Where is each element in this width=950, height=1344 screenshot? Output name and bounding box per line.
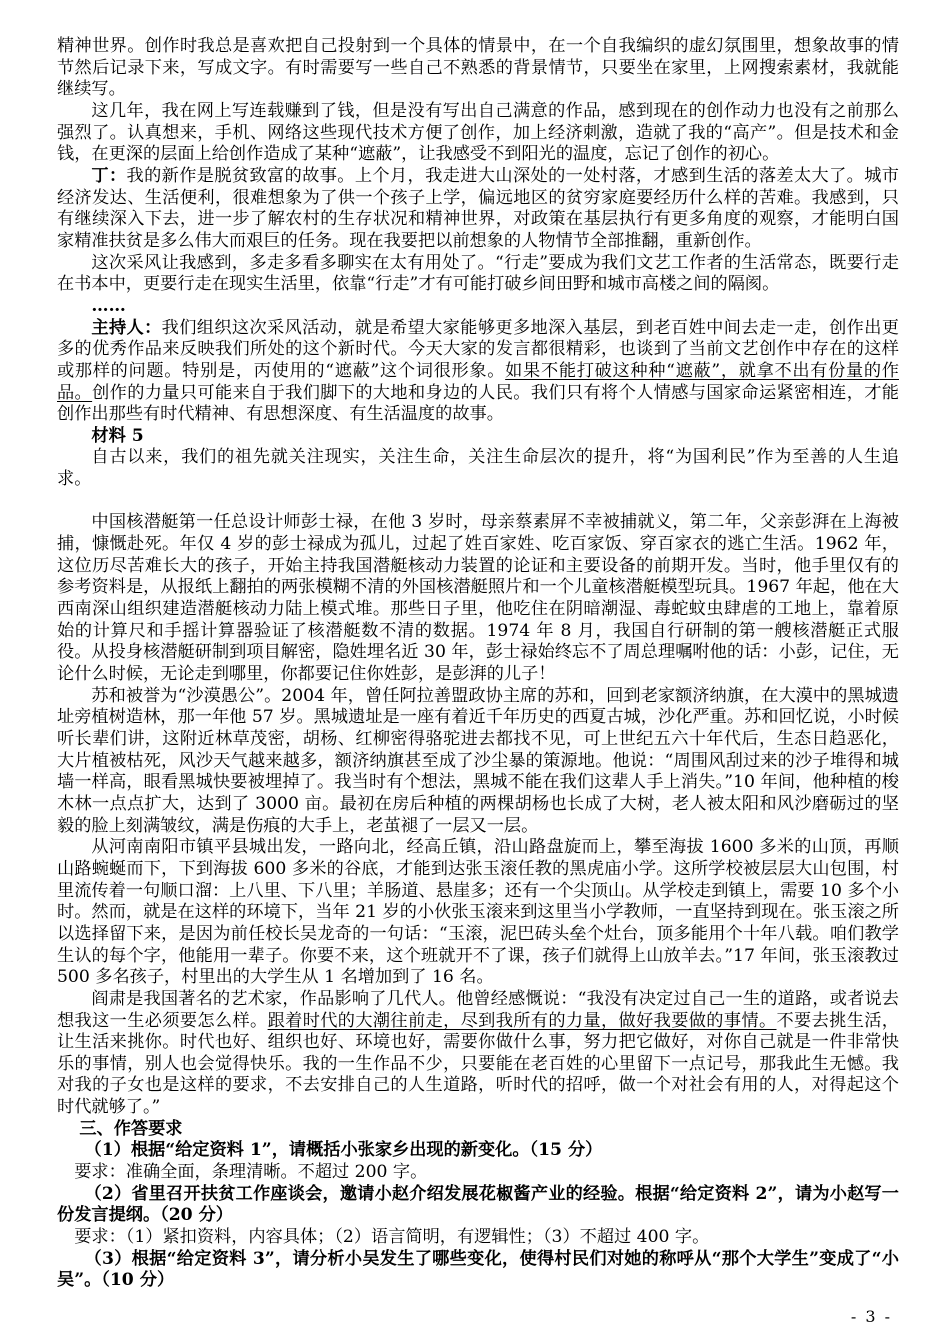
speaker-ding-label: 丁： [91, 166, 126, 186]
document-page: 精神世界。创作时我总是喜欢把自己投射到一个具体的情景中，在一个自我编织的虚幻氛围… [57, 36, 899, 1292]
host-text-post: 创作的力量只可能来自于我们脚下的大地和身边的人民。我们只有将个人情感与国家命运紧… [57, 383, 899, 425]
paragraph-caifeng: 这次采风让我感到，多走多看多聊实在太有用处了。“行走”要成为我们文艺工作者的生活… [57, 253, 899, 296]
paragraph-continuation: 精神世界。创作时我总是喜欢把自己投射到一个具体的情景中，在一个自我编织的虚幻氛围… [57, 36, 899, 101]
yansu-text-underlined: 跟着时代的大潮往前走，尽到我所有的力量，做好我要做的事情。 [268, 1011, 777, 1031]
paragraph-suhe: 苏和被誉为“沙漠愚公”。2004 年，曾任阿拉善盟政协主席的苏和，回到老家额济纳… [57, 686, 899, 838]
paragraph-recent-years: 这几年，我在网上写连载赚到了钱，但是没有写出自己满意的作品，感到现在的创作动力也… [57, 101, 899, 166]
speaker-host-label: 主持人： [91, 318, 161, 338]
paragraph-zhangyugun: 从河南南阳市镇平县城出发，一路向北，经高丘镇，沿山路盘旋而上，攀至海拔 1600… [57, 837, 899, 989]
answer-requirements-heading: 三、作答要求 [57, 1119, 899, 1141]
speaker-ding-text: 我的新作是脱贫致富的故事。上个月，我走进大山深处的一处村落，才感到生活的落差太大… [57, 166, 899, 251]
material-5-heading: 材料 5 [57, 426, 899, 448]
paragraph-speaker-ding: 丁：我的新作是脱贫致富的故事。上个月，我走进大山深处的一处村落，才感到生活的落差… [57, 166, 899, 253]
paragraph-yansu: 阎肃是我国著名的艺术家，作品影响了几代人。他曾经感慨说：“我没有决定过自己一生的… [57, 989, 899, 1119]
question-2-requirements: 要求：（1）紧扣资料，内容具体；（2）语言简明，有逻辑性；（3）不超过 400 … [57, 1227, 899, 1249]
paragraph-pengshilu: 中国核潜艇第一任总设计师彭士禄，在他 3 岁时，母亲蔡素屏不幸被捕就义，第二年，… [57, 512, 899, 685]
question-2: （2）省里召开扶贫工作座谈会，邀请小赵介绍发展花椒酱产业的经验。根据“给定资料 … [57, 1184, 899, 1227]
paragraph-ancestors: 自古以来，我们的祖先就关注现实，关注生命，关注生命层次的提升，将“为国利民”作为… [57, 447, 899, 490]
paragraph-host: 主持人：我们组织这次采风活动，就是希望大家能够更多地深入基层，到老百姓中间去走一… [57, 318, 899, 426]
blank-line [57, 491, 899, 513]
question-1-requirements: 要求：准确全面，条理清晰。不超过 200 字。 [57, 1162, 899, 1184]
ellipsis-line: …… [57, 296, 899, 318]
page-number: - 3 - [851, 1307, 892, 1326]
question-3: （3）根据“给定资料 3”，请分析小吴发生了哪些变化，使得村民们对她的称呼从“那… [57, 1249, 899, 1292]
question-1: （1）根据“给定资料 1”，请概括小张家乡出现的新变化。（15 分） [57, 1140, 899, 1162]
